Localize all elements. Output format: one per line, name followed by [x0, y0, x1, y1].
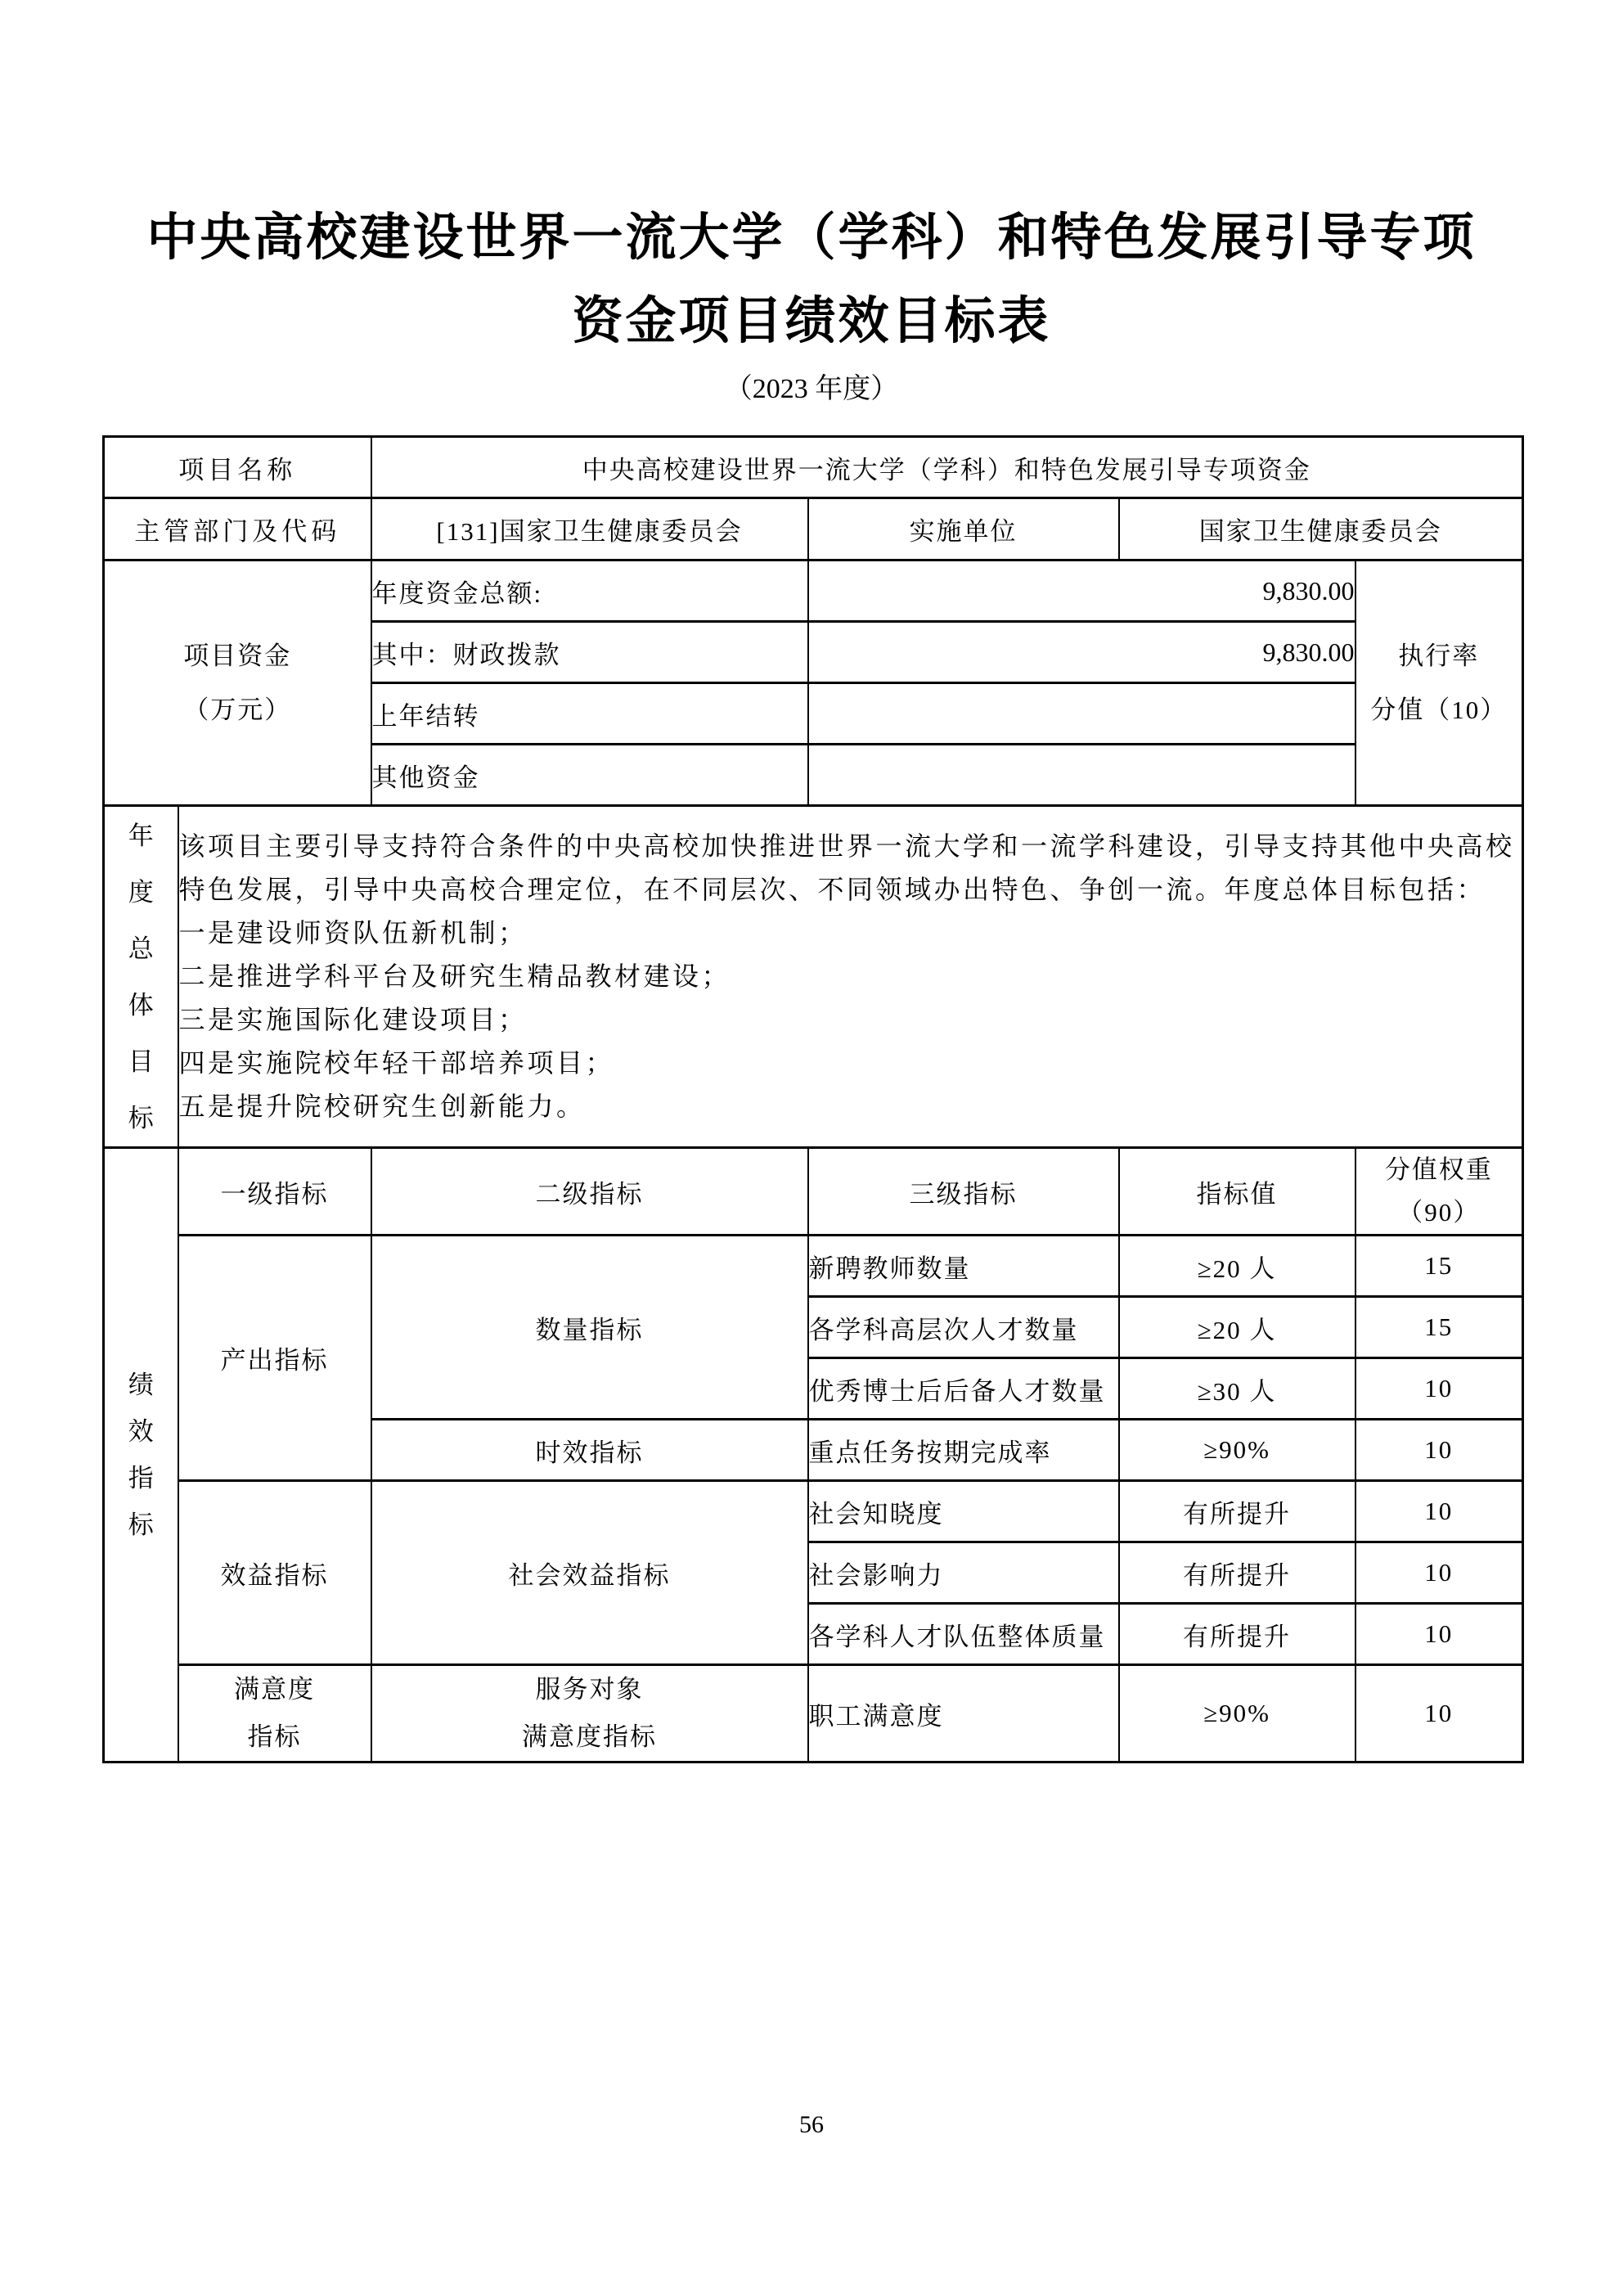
indicator-level2-cell: 时效指标: [371, 1420, 808, 1481]
indicator-weight-cell: 15: [1355, 1236, 1523, 1297]
indicator-weight-cell: 10: [1355, 1665, 1523, 1763]
department-label-cell: 主管部门及代码: [104, 498, 371, 560]
indicator-level3-cell: 社会知晓度: [808, 1481, 1119, 1542]
annual-goal-label-cell: 年度总体目标: [104, 806, 178, 1148]
annual-goal-text-cell: 该项目主要引导支持符合条件的中央高校加快推进世界一流大学和一流学科建设，引导支持…: [178, 806, 1523, 1148]
indicator-value-cell: ≥30 人: [1119, 1358, 1355, 1420]
indicator-value-cell: 有所提升: [1119, 1542, 1355, 1604]
fund-row-name: 上年结转: [371, 683, 808, 745]
indicator-level3-cell: 优秀博士后后备人才数量: [808, 1358, 1119, 1420]
execution-rate-label-cell: 执行率 分值（10）: [1355, 560, 1523, 806]
performance-indicators-vertical-label: 绩效指标: [126, 1362, 155, 1548]
fund-row-value: 9,830.00: [808, 622, 1355, 683]
fund-row-name: 其他资金: [371, 745, 808, 806]
header-level1-cell: 一级指标: [178, 1148, 371, 1236]
fund-row-value: [808, 745, 1355, 806]
performance-indicators-label-cell: 绩效指标: [104, 1148, 178, 1763]
fund-row-value: 9,830.00: [808, 560, 1355, 622]
fund-row-name: 年度资金总额:: [371, 560, 808, 622]
project-name-value-cell: 中央高校建设世界一流大学（学科）和特色发展引导专项资金: [371, 437, 1523, 498]
project-name-label-cell: 项目名称: [104, 437, 371, 498]
document-title: 中央高校建设世界一流大学（学科）和特色发展引导专项 资金项目绩效目标表: [0, 196, 1623, 363]
title-line-2: 资金项目绩效目标表: [0, 280, 1623, 363]
indicator-weight-cell: 10: [1355, 1358, 1523, 1420]
goal-line: 三是实施国际化建设项目；: [179, 998, 1522, 1042]
fund-row-value: [808, 683, 1355, 745]
indicator-weight-cell: 15: [1355, 1297, 1523, 1358]
project-funds-label-cell: 项目资金 （万元）: [104, 560, 371, 806]
title-line-1: 中央高校建设世界一流大学（学科）和特色发展引导专项: [0, 196, 1623, 280]
document-page: 中央高校建设世界一流大学（学科）和特色发展引导专项 资金项目绩效目标表 （202…: [0, 0, 1623, 2296]
header-value-cell: 指标值: [1119, 1148, 1355, 1236]
document-subtitle: （2023 年度）: [0, 366, 1623, 406]
indicator-level3-cell: 社会影响力: [808, 1542, 1119, 1604]
indicator-weight-cell: 10: [1355, 1420, 1523, 1481]
fund-row-name: 其中：财政拨款: [371, 622, 808, 683]
indicator-level2-cell: 服务对象 满意度指标: [371, 1665, 808, 1763]
header-level3-cell: 三级指标: [808, 1148, 1119, 1236]
indicator-value-cell: ≥20 人: [1119, 1236, 1355, 1297]
department-value-cell: [131]国家卫生健康委员会: [371, 498, 808, 560]
header-weight-cell: 分值权重 （90）: [1355, 1148, 1523, 1236]
goal-line: 一是建设师资队伍新机制；: [179, 912, 1522, 955]
indicator-level1-cell: 产出指标: [178, 1236, 371, 1481]
performance-target-table: 项目名称 中央高校建设世界一流大学（学科）和特色发展引导专项资金 主管部门及代码…: [102, 435, 1524, 1763]
goal-line: 二是推进学科平台及研究生精品教材建设；: [179, 955, 1522, 998]
goal-line: 四是实施院校年轻干部培养项目；: [179, 1042, 1522, 1085]
indicator-value-cell: ≥90%: [1119, 1665, 1355, 1763]
indicator-level3-cell: 各学科高层次人才数量: [808, 1297, 1119, 1358]
indicator-weight-cell: 10: [1355, 1604, 1523, 1665]
indicator-value-cell: ≥90%: [1119, 1420, 1355, 1481]
indicator-level1-cell: 效益指标: [178, 1481, 371, 1665]
indicator-level1-cell: 满意度 指标: [178, 1665, 371, 1763]
goal-line: 该项目主要引导支持符合条件的中央高校加快推进世界一流大学和一流学科建设，引导支持…: [179, 825, 1522, 912]
indicator-level3-cell: 职工满意度: [808, 1665, 1119, 1763]
implementing-unit-label-cell: 实施单位: [808, 498, 1119, 560]
indicator-level3-cell: 各学科人才队伍整体质量: [808, 1604, 1119, 1665]
indicator-level3-cell: 重点任务按期完成率: [808, 1420, 1119, 1481]
indicator-value-cell: 有所提升: [1119, 1604, 1355, 1665]
indicator-level3-cell: 新聘教师数量: [808, 1236, 1119, 1297]
page-number: 56: [0, 2111, 1623, 2139]
header-level2-cell: 二级指标: [371, 1148, 808, 1236]
indicator-value-cell: ≥20 人: [1119, 1297, 1355, 1358]
indicator-value-cell: 有所提升: [1119, 1481, 1355, 1542]
annual-goal-vertical-label: 年度总体目标: [126, 808, 155, 1146]
indicator-level2-cell: 数量指标: [371, 1236, 808, 1420]
goal-line: 五是提升院校研究生创新能力。: [179, 1085, 1522, 1128]
indicator-weight-cell: 10: [1355, 1542, 1523, 1604]
indicator-level2-cell: 社会效益指标: [371, 1481, 808, 1665]
implementing-unit-value-cell: 国家卫生健康委员会: [1119, 498, 1523, 560]
indicator-weight-cell: 10: [1355, 1481, 1523, 1542]
